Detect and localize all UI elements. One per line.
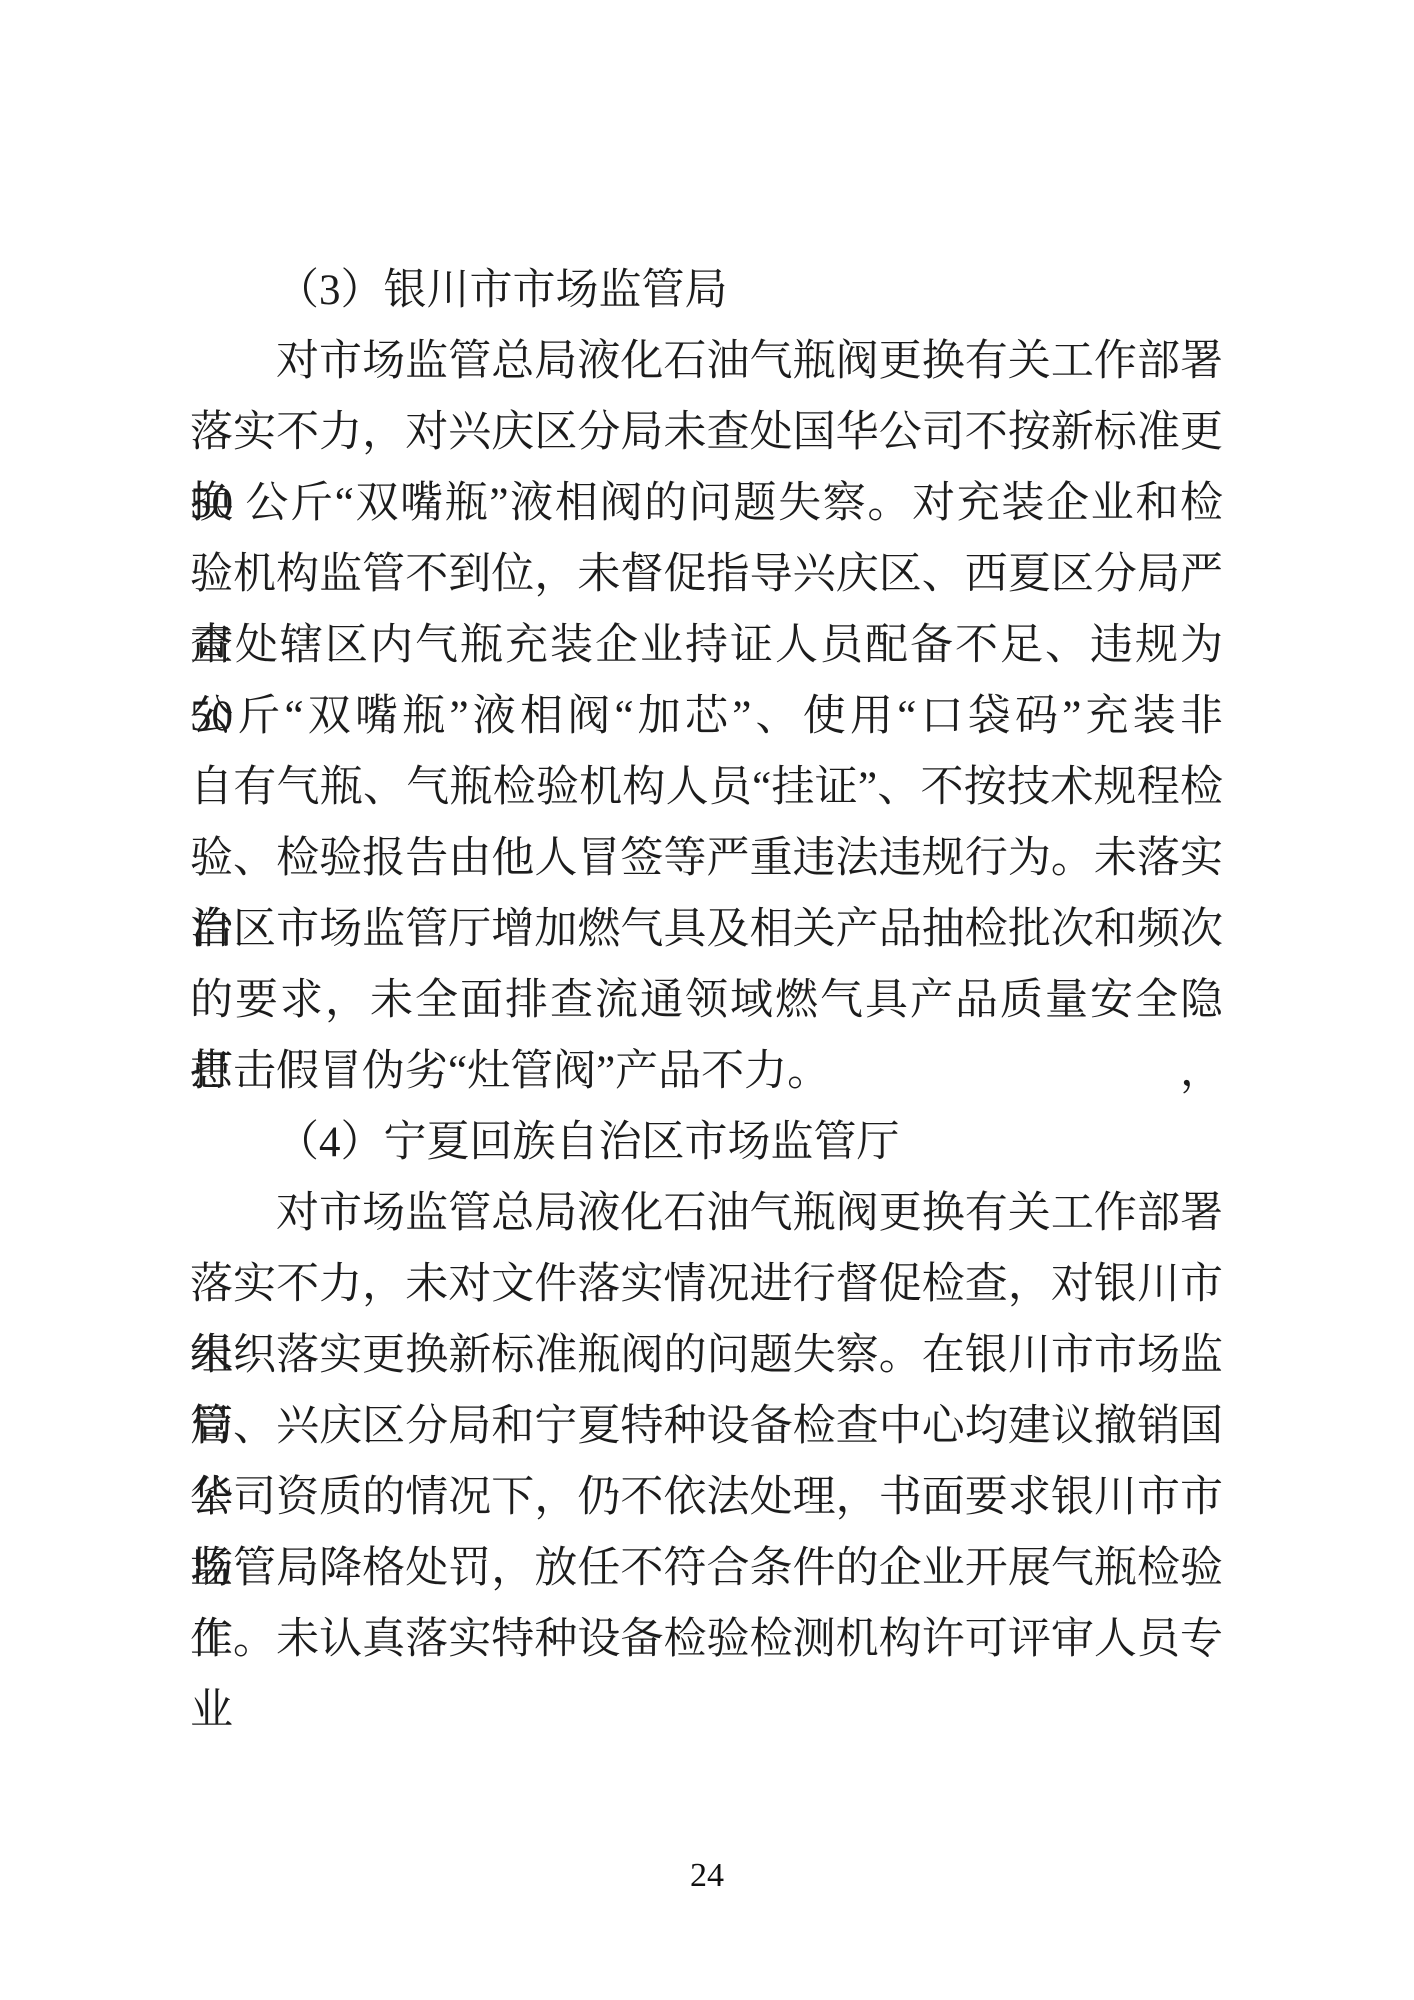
- text-line: 局、兴庆区分局和宁夏特种设备检查中心均建议撤销国华: [190, 1391, 1223, 1462]
- text-line: 验机构监管不到位，未督促指导兴庆区、西夏区分局严肃: [190, 539, 1223, 610]
- text-line: 组织落实更换新标准瓶阀的问题失察。在银川市市场监管: [190, 1320, 1223, 1391]
- text-line: 的要求，未全面排查流通领域燃气具产品质量安全隐患，: [190, 965, 1223, 1036]
- text-line: 公司资质的情况下，仍不依法处理，书面要求银川市市场: [190, 1462, 1223, 1533]
- text-line: 作。未认真落实特种设备检验检测机构许可评审人员专业: [190, 1604, 1223, 1675]
- text-line: 验、检验报告由他人冒签等严重违法违规行为。未落实自: [190, 823, 1223, 894]
- heading-line: （4）宁夏回族自治区市场监管厅: [190, 1107, 1223, 1178]
- text-line: 查处辖区内气瓶充装企业持证人员配备不足、违规为 50: [190, 610, 1223, 681]
- text-line: 对市场监管总局液化石油气瓶阀更换有关工作部署: [190, 1178, 1223, 1249]
- page-number: 24: [0, 1856, 1414, 1896]
- text-line: 50 公斤“双嘴瓶”液相阀的问题失察。对充装企业和检: [190, 468, 1223, 539]
- text-line: 落实不力，对兴庆区分局未查处国华公司不按新标准更换: [190, 397, 1223, 468]
- text-line: 治区市场监管厅增加燃气具及相关产品抽检批次和频次: [190, 894, 1223, 965]
- text-line: 公斤“双嘴瓶”液相阀“加芯”、使用“口袋码”充装非: [190, 681, 1223, 752]
- text-line: 落实不力，未对文件落实情况进行督促检查，对银川市未: [190, 1249, 1223, 1320]
- text-line: 自有气瓶、气瓶检验机构人员“挂证”、不按技术规程检: [190, 752, 1223, 823]
- document-page: （3）银川市市场监管局对市场监管总局液化石油气瓶阀更换有关工作部署落实不力，对兴…: [0, 0, 1414, 2000]
- document-body: （3）银川市市场监管局对市场监管总局液化石油气瓶阀更换有关工作部署落实不力，对兴…: [190, 255, 1223, 1675]
- text-line: 监管局降格处罚，放任不符合条件的企业开展气瓶检验工: [190, 1533, 1223, 1604]
- text-line: 对市场监管总局液化石油气瓶阀更换有关工作部署: [190, 326, 1223, 397]
- heading-line: （3）银川市市场监管局: [190, 255, 1223, 326]
